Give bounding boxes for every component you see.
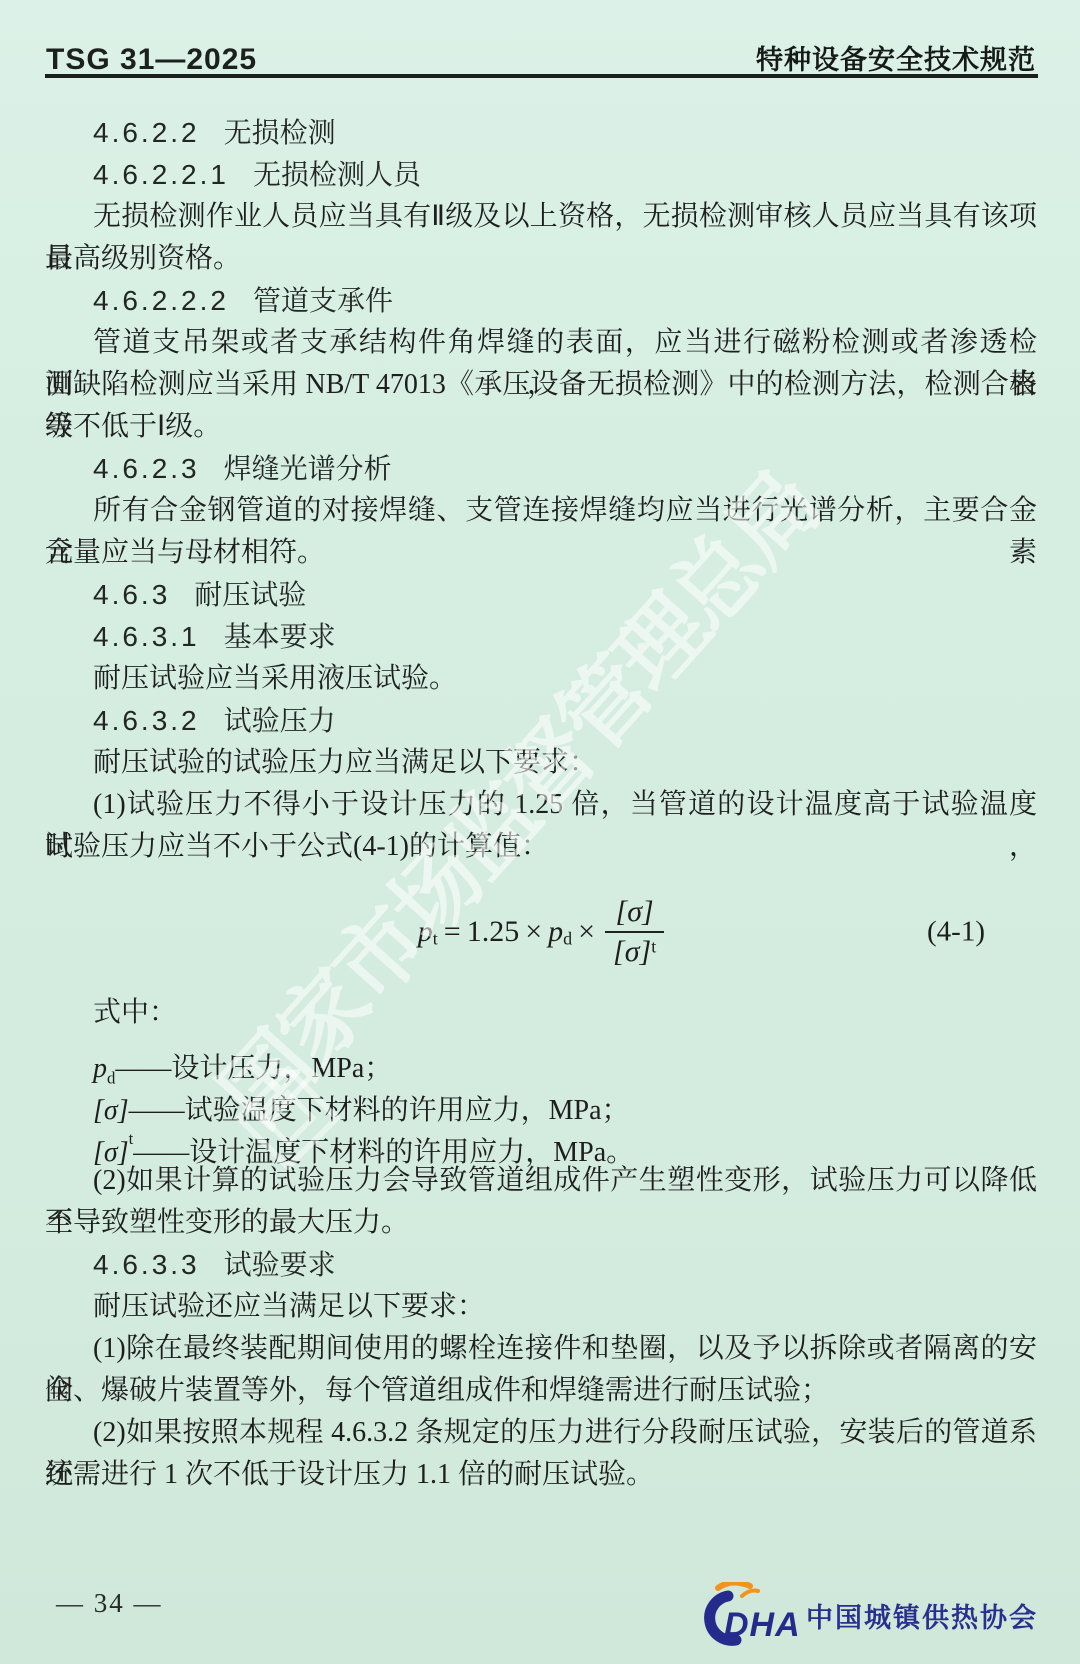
symbol-definition-line: [σ]t——设计温度下材料的许用应力，MPa。 (45, 1118, 1037, 1160)
section-heading: 4.6.3.3试验要求 (45, 1244, 1037, 1286)
body-line: 面缺陷检测应当采用 NB/T 47013《承压设备无损检测》中的检测方法，检测合… (45, 364, 1037, 406)
doc-code: TSG 31—2025 (46, 43, 257, 77)
symbol-definition-line: pd——设计压力，MPa； (45, 1034, 1037, 1076)
header-rule (45, 74, 1038, 78)
body-line: 耐压试验还应当满足以下要求： (45, 1286, 1037, 1328)
document-page: TSG 31—2025 特种设备安全技术规范 4.6.2.2无损检测4.6.2.… (0, 0, 1080, 1664)
dha-logo: DHA (698, 1582, 794, 1648)
body-line: 阀、爆破片装置等外，每个管道组成件和焊缝需进行耐压试验； (45, 1370, 1037, 1412)
body-line: 不导致塑性变形的最大压力。 (45, 1202, 1037, 1244)
equation-4-1: pt = 1.25 × pd × [σ] [σ]t (4-1) (45, 876, 1037, 988)
section-heading: 4.6.3.2试验压力 (45, 700, 1037, 742)
body-line: 还需进行 1 次不低于设计压力 1.1 倍的耐压试验。 (45, 1454, 1037, 1496)
section-heading: 4.6.3.1基本要求 (45, 616, 1037, 658)
body-line: 管道支吊架或者支承结构件角焊缝的表面，应当进行磁粉检测或者渗透检测，表 (45, 322, 1037, 364)
body-line: 级不低于Ⅰ级。 (45, 406, 1037, 448)
body-line: 耐压试验应当采用液压试验。 (45, 658, 1037, 700)
body-line: (1)试验压力不得小于设计压力的 1.25 倍，当管道的设计温度高于试验温度时， (45, 784, 1037, 826)
body-line: (2)如果按照本规程 4.6.3.2 条规定的压力进行分段耐压试验，安装后的管道… (45, 1412, 1037, 1454)
page-number: — 34 — (56, 1588, 163, 1619)
body-line: (2)如果计算的试验压力会导致管道组成件产生塑性变形，试验压力可以降低至 (45, 1160, 1037, 1202)
body-line: (1)除在最终装配期间使用的螺栓连接件和垫圈，以及予以拆除或者隔离的安全 (45, 1328, 1037, 1370)
association-logo: DHA 中国城镇供热协会 (698, 1582, 1038, 1648)
body-line: 所有合金钢管道的对接焊缝、支管连接焊缝均应当进行光谱分析，主要合金元素 (45, 490, 1037, 532)
fraction: [σ] [σ]t (605, 895, 664, 969)
symbol-definition-line: [σ]——试验温度下材料的许用应力，MPa； (45, 1076, 1037, 1118)
section-heading: 4.6.2.3焊缝光谱分析 (45, 448, 1037, 490)
body-line: 耐压试验的试验压力应当满足以下要求： (45, 742, 1037, 784)
association-name: 中国城镇供热协会 (806, 1596, 1038, 1635)
formula-number: (4-1) (927, 916, 985, 949)
section-heading: 4.6.3耐压试验 (45, 574, 1037, 616)
body-line: 式中： (45, 992, 1037, 1034)
doc-title: 特种设备安全技术规范 (756, 38, 1036, 77)
dha-acronym: DHA (724, 1608, 801, 1642)
section-heading: 4.6.2.2无损检测 (45, 112, 1037, 154)
section-heading: 4.6.2.2.1无损检测人员 (45, 154, 1037, 196)
body-line: 无损检测作业人员应当具有Ⅱ级及以上资格，无损检测审核人员应当具有该项目 (45, 196, 1037, 238)
content: 4.6.2.2无损检测4.6.2.2.1无损检测人员无损检测作业人员应当具有Ⅱ级… (45, 112, 1037, 1496)
page-header: TSG 31—2025 特种设备安全技术规范 (46, 38, 1036, 77)
body-line: 最高级别资格。 (45, 238, 1037, 280)
section-heading: 4.6.2.2.2管道支承件 (45, 280, 1037, 322)
equation-body: pt = 1.25 × pd × [σ] [σ]t (418, 895, 664, 969)
